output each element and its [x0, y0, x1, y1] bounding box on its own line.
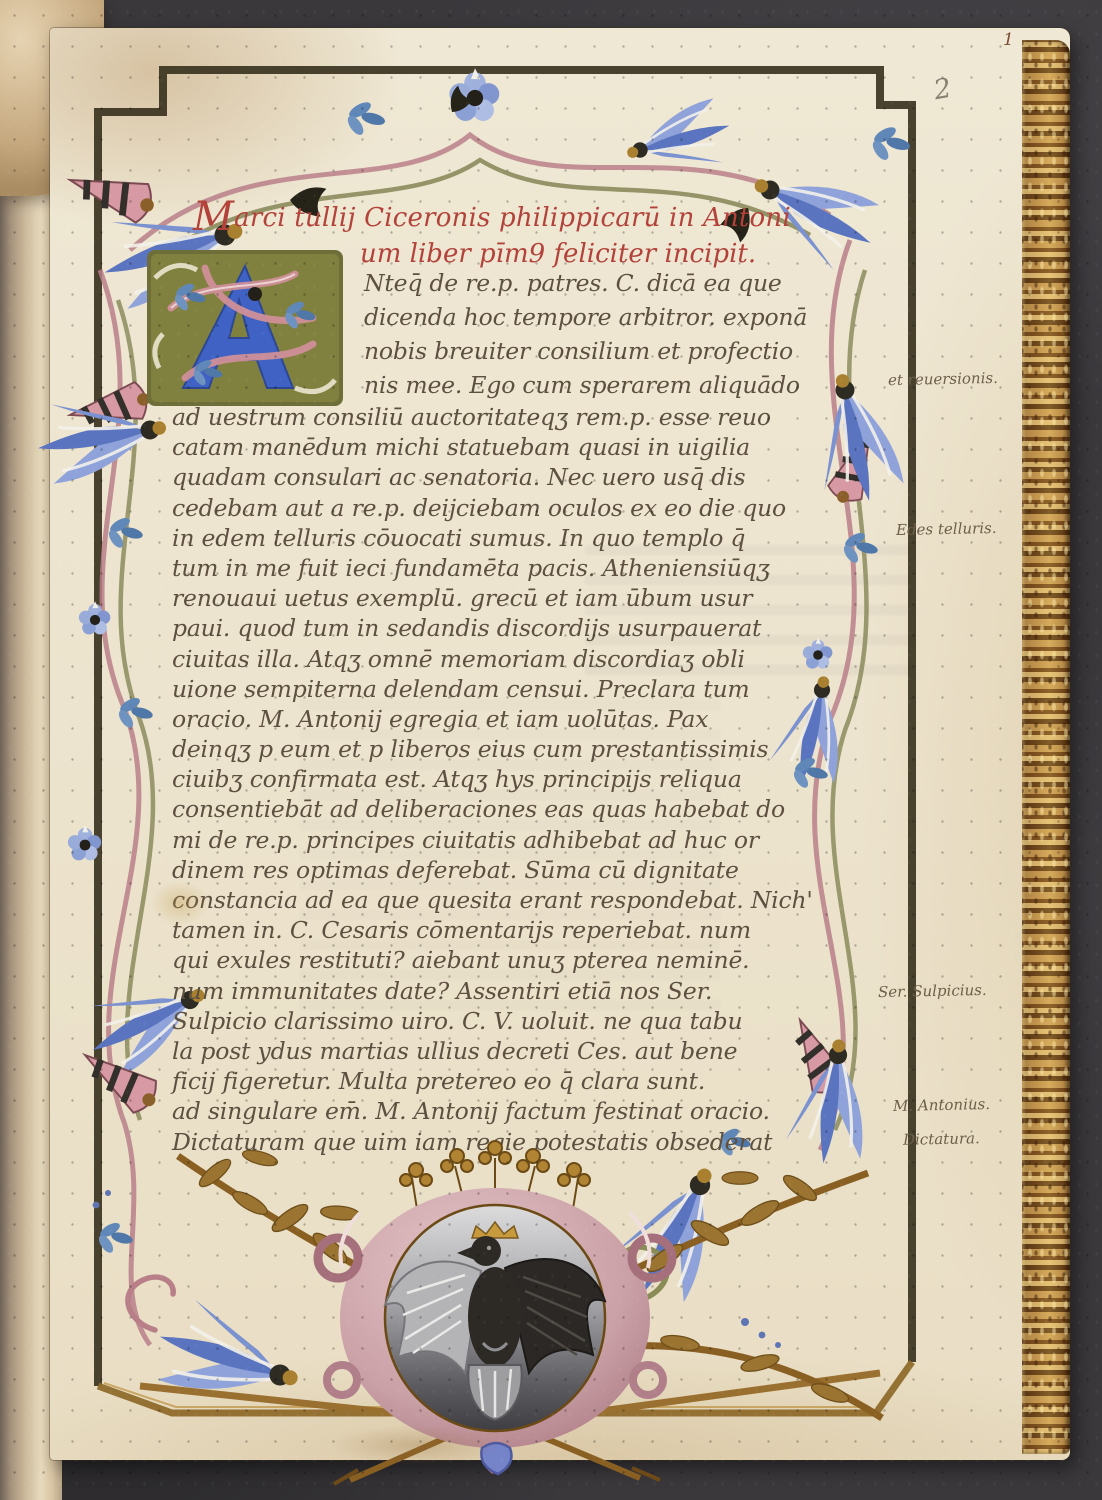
coat-of-arms [120, 1118, 900, 1488]
quire-mark: 1 [1003, 30, 1014, 50]
margin-note: et reuersionis. [888, 369, 998, 389]
text-line: tamen in. C. Cesaris cōmentarijs reperie… [172, 915, 832, 945]
text-line: ciuibʒ confirmata est. Atqʒ hys principi… [172, 764, 832, 794]
text-line: num immunitates date? Assentiri etiā nos… [172, 976, 832, 1006]
text-line: qui exules restituti? aiebant unuʒ ptere… [172, 945, 832, 975]
rubric-line-2: um liber pīm9 feliciter incipit. [360, 239, 756, 269]
manuscript-photo: Marci tullij Ciceronis philippicarū in A… [0, 0, 1102, 1500]
stain [150, 880, 210, 926]
text-line: la post ydus martias ullius decreti Ces.… [172, 1036, 832, 1066]
text-line: ad uestrum consiliū auctoritateqʒ rem.p.… [172, 402, 832, 432]
margin-note: Edes telluris. [896, 519, 997, 539]
text-line: uione sempiterna delendam censui. Precla… [172, 674, 832, 704]
stain [330, 1425, 500, 1465]
text-line: oracio. M. Antonij egregia et iam uolūta… [172, 704, 832, 734]
text-line: cedebam aut a re.p. deijciebam oculos ex… [172, 493, 832, 523]
text-line: ciuitas illa. Atqʒ omnē memoriam discord… [172, 644, 832, 674]
text-line: consentiebāt ad deliberaciones eas quas … [172, 794, 832, 824]
text-line: ficij figeretur. Multa pretereo eo q̄ cl… [172, 1066, 832, 1096]
margin-note: M. Antonius. [893, 1095, 990, 1115]
text-line: paui. quod tum in sedandis discordijs us… [172, 613, 832, 643]
text-line: renouaui uetus exemplū. grecū et iam ūbu… [172, 583, 832, 613]
text-line: catam manēdum michi statuebam quasi in u… [172, 432, 832, 462]
rubric-initial-M: M [193, 194, 234, 240]
text-line: nis mee. Ego cum sperarem aliquādo [172, 368, 832, 402]
rubric-line-1: Marci tullij Ciceronis philippicarū in A… [193, 203, 791, 233]
text-line: deinqʒ p eum et p liberos eius cum prest… [172, 734, 832, 764]
main-text-block: Nteq̄ de re.p. patres. C. dicā ea que di… [172, 266, 832, 1157]
text-line: mi de re.p. principes ciuitatis adhibeba… [172, 825, 832, 855]
margin-note: Ser. Sulpicius. [878, 981, 987, 1001]
text-line: in edem telluris cōuocati sumus. In quo … [172, 523, 832, 553]
text-line: Sulpicio clarissimo uiro. C. V. uoluit. … [172, 1006, 832, 1036]
text-line: dicenda hoc tempore arbitror. exponā [172, 300, 832, 334]
text-line: constancia ad ea que quesita erant respo… [172, 885, 832, 915]
text-line: quadam consulari ac senatoria. Nec uero … [172, 462, 832, 492]
text-line: Nteq̄ de re.p. patres. C. dicā ea que [172, 266, 832, 300]
rubric-line-1-text: arci tullij Ciceronis philippicarū in An… [234, 203, 791, 233]
text-line: nobis breuiter consilium et profectio [172, 334, 832, 368]
text-line: dinem res optimas deferebat. Sūma cū dig… [172, 855, 832, 885]
eagle-shield [385, 1205, 605, 1431]
margin-note: Dictatura. [903, 1129, 980, 1149]
text-line: tum in me fuit ieci fundamēta pacis. Ath… [172, 553, 832, 583]
